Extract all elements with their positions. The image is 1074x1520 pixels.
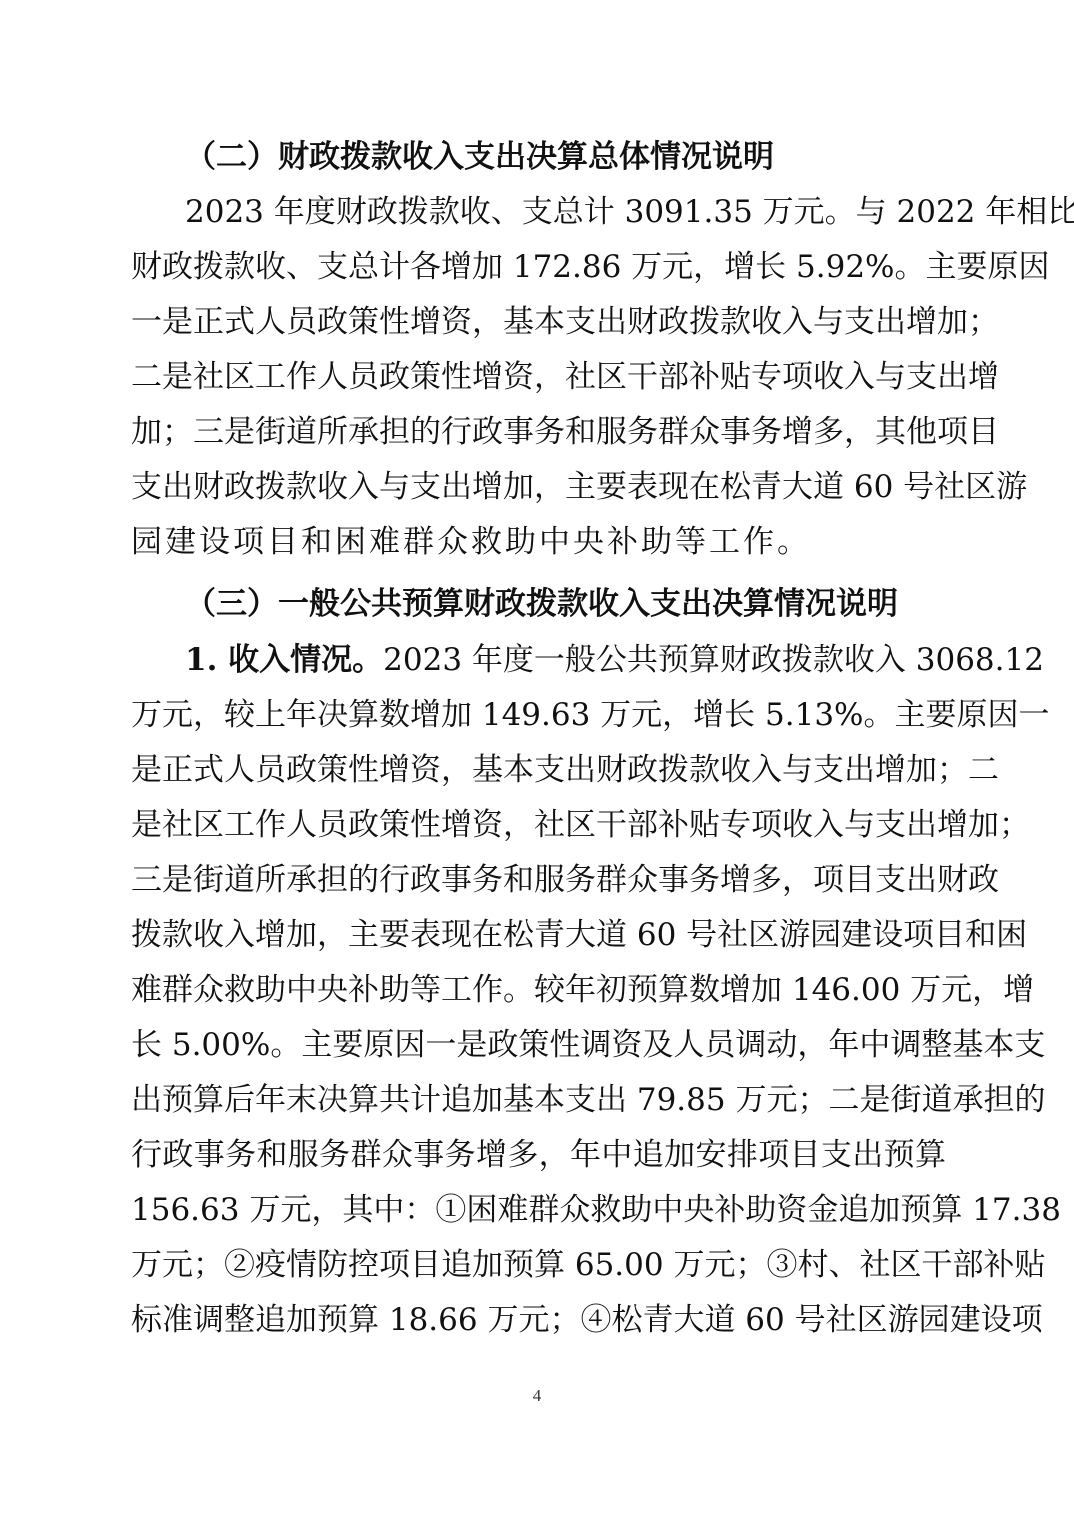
paragraph-line-first: 1. 收入情况。2023 年度一般公共预算财政拨款收入 3068.12 [185,636,946,684]
paragraph-line: 加；三是街道所承担的行政事务和服务群众事务增多，其他项目 [131,408,946,456]
paragraph-line: 支出财政拨款收入与支出增加，主要表现在松青大道 60 号社区游 [131,463,946,511]
paragraph-line: 一是正式人员政策性增资，基本支出财政拨款收入与支出增加； [131,298,946,346]
paragraph-line: 拨款收入增加，主要表现在松青大道 60 号社区游园建设项目和困 [131,911,946,959]
paragraph-line: 行政事务和服务群众事务增多，年中追加安排项目支出预算 [131,1131,946,1179]
section-heading-2: （二）财政拨款收入支出决算总体情况说明 [185,133,774,181]
paragraph-line: 二是社区工作人员政策性增资，社区干部补贴专项收入与支出增 [131,353,946,401]
paragraph-line: 是社区工作人员政策性增资，社区干部补贴专项收入与支出增加； [131,801,946,849]
paragraph-line: 2023 年度财政拨款收、支总计 3091.35 万元。与 2022 年相比， [185,188,946,236]
paragraph-line: 长 5.00%。主要原因一是政策性调资及人员调动，年中调整基本支 [131,1021,946,1069]
page-number: 4 [0,1386,1074,1406]
paragraph-line: 三是街道所承担的行政事务和服务群众事务增多，项目支出财政 [131,856,946,904]
paragraph-text: 2023 年度一般公共预算财政拨款收入 3068.12 [383,642,1044,678]
paragraph-line: 是正式人员政策性增资，基本支出财政拨款收入与支出增加；二 [131,746,946,794]
paragraph-line: 标准调整追加预算 18.66 万元；④松青大道 60 号社区游园建设项 [131,1296,946,1344]
paragraph-line: 万元，较上年决算数增加 149.63 万元，增长 5.13%。主要原因一 [131,691,946,739]
section-heading-3: （三）一般公共预算财政拨款收入支出决算情况说明 [185,580,898,628]
paragraph-line: 财政拨款收、支总计各增加 172.86 万元，增长 5.92%。主要原因 [131,243,946,291]
subsection-label: 1. 收入情况。 [185,642,383,678]
paragraph-line: 难群众救助中央补助等工作。较年初预算数增加 146.00 万元，增 [131,966,946,1014]
paragraph-line: 园建设项目和困难群众救助中央补助等工作。 [131,518,946,566]
paragraph-line: 出预算后年末决算共计追加基本支出 79.85 万元；二是街道承担的 [131,1076,946,1124]
paragraph-line: 万元；②疫情防控项目追加预算 65.00 万元；③村、社区干部补贴 [131,1241,946,1289]
paragraph-line: 156.63 万元，其中：①困难群众救助中央补助资金追加预算 17.38 [131,1186,946,1234]
document-page: （二）财政拨款收入支出决算总体情况说明 2023 年度财政拨款收、支总计 309… [0,0,1074,1520]
